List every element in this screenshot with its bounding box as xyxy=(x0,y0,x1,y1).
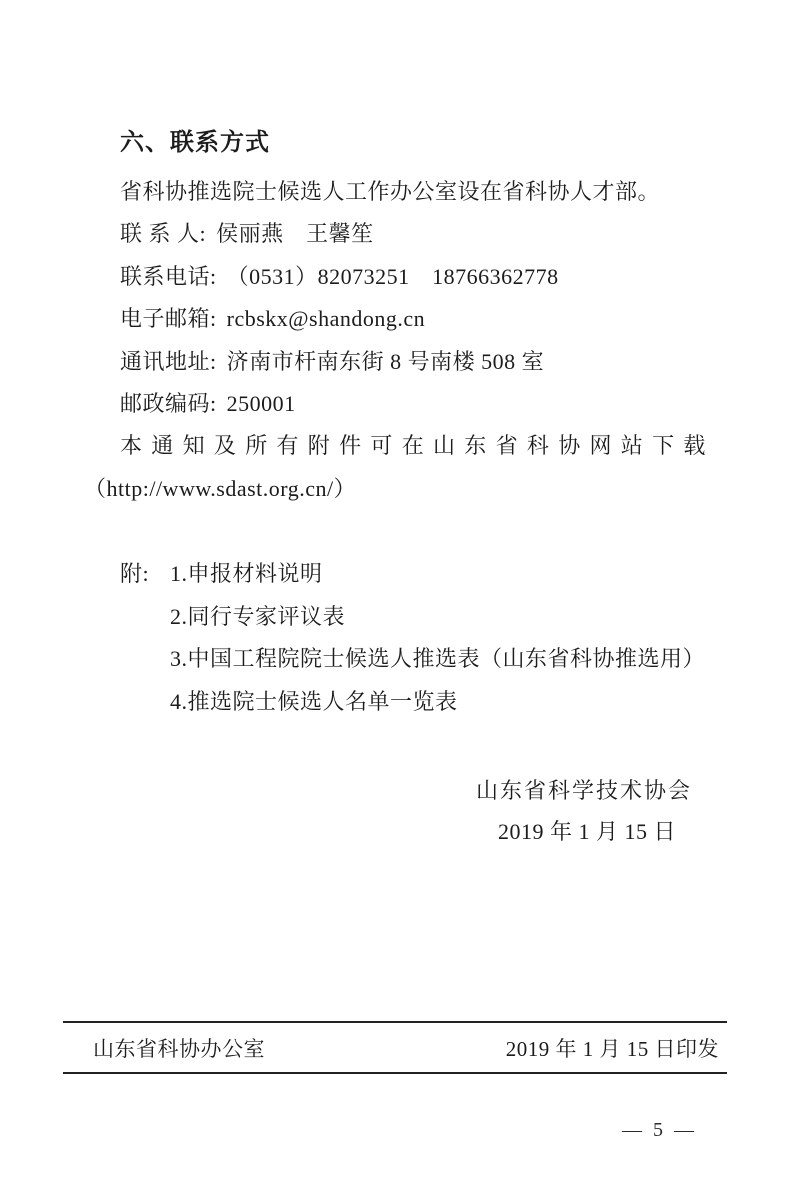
contact-person-label: 联 系 人: xyxy=(120,221,206,246)
attachments-label: 附: xyxy=(120,559,149,589)
contact-phone-row: 联系电话:（0531）82073251 18766362778 xyxy=(120,262,559,292)
contact-phone-value: （0531）82073251 18766362778 xyxy=(227,264,559,289)
page-number: — 5 — xyxy=(598,1119,718,1142)
attachment-item-3: 3.中国工程院院士候选人推选表（山东省科协推选用） xyxy=(170,644,705,674)
footer-bar: 山东省科协办公室 2019 年 1 月 15 日印发 xyxy=(63,1021,727,1074)
attachment-item-1: 1.申报材料说明 xyxy=(170,559,323,589)
contact-postcode-value: 250001 xyxy=(227,391,296,416)
footer-issuer: 山东省科协办公室 xyxy=(93,1033,265,1063)
website-url: （http://www.sdast.org.cn/） xyxy=(84,474,356,504)
contact-address-label: 通讯地址: xyxy=(120,349,217,374)
contact-postcode-row: 邮政编码:250001 xyxy=(120,389,296,419)
contact-email-row: 电子邮箱:rcbskx@shandong.cn xyxy=(120,304,425,334)
contact-email-value: rcbskx@shandong.cn xyxy=(227,306,426,331)
footer-print-date: 2019 年 1 月 15 日印发 xyxy=(506,1033,719,1063)
contact-address-value: 济南市杆南东街 8 号南楼 508 室 xyxy=(227,349,545,374)
section-heading: 六、联系方式 xyxy=(120,128,270,158)
document-page: 六、联系方式 省科协推选院士候选人工作办公室设在省科协人才部。 联 系 人:侯丽… xyxy=(0,0,800,1199)
intro-paragraph: 省科协推选院士候选人工作办公室设在省科协人才部。 xyxy=(120,177,660,207)
contact-person-row: 联 系 人:侯丽燕 王馨笙 xyxy=(120,219,374,249)
attachment-item-2: 2.同行专家评议表 xyxy=(170,602,345,632)
signature-date: 2019 年 1 月 15 日 xyxy=(498,817,676,847)
contact-email-label: 电子邮箱: xyxy=(120,306,217,331)
contact-person-value: 侯丽燕 王馨笙 xyxy=(216,221,374,246)
contact-postcode-label: 邮政编码: xyxy=(120,391,217,416)
download-note-line: 本通知及所有附件可在山东省科协网站下载 xyxy=(120,431,715,461)
contact-address-row: 通讯地址:济南市杆南东街 8 号南楼 508 室 xyxy=(120,347,544,377)
contact-phone-label: 联系电话: xyxy=(120,264,217,289)
signature-organization: 山东省科学技术协会 xyxy=(476,776,692,806)
attachment-item-4: 4.推选院士候选人名单一览表 xyxy=(170,687,458,717)
